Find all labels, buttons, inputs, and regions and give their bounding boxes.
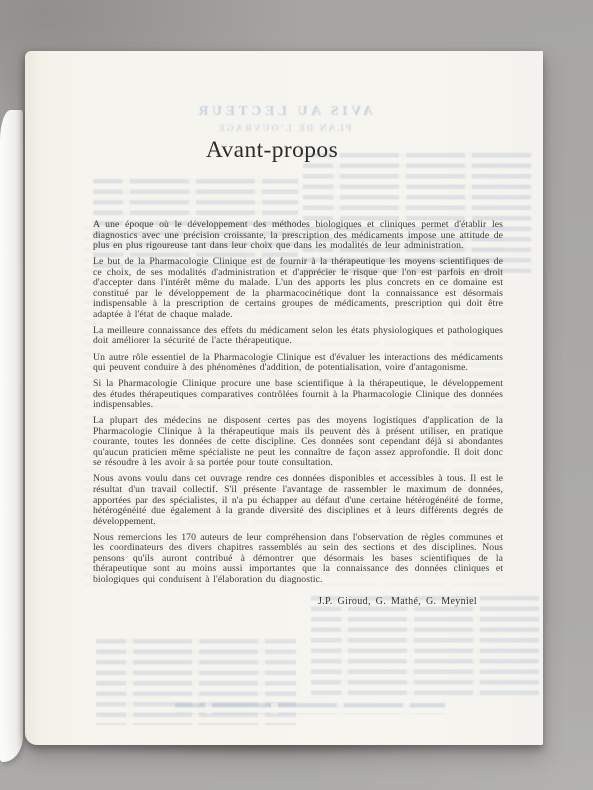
- foreword-text: A une époque où le développement des mét…: [93, 220, 503, 608]
- facing-page-edge: [0, 110, 23, 762]
- paragraph-6: La plupart des médecins ne disposent cer…: [93, 416, 503, 469]
- paragraph-5: Si la Pharmacologie Clinique procure une…: [93, 379, 503, 411]
- book-page: AVIS AU LECTEUR PLAN DE L'OUVRAGE Avant-…: [25, 51, 543, 745]
- paragraph-2: Le but de la Pharmacologie Clinique est …: [93, 257, 503, 320]
- page-title: Avant-propos: [13, 137, 531, 164]
- paragraph-3: La meilleure connaissance des effets du …: [93, 326, 503, 347]
- paragraph-8: Nous remercions les 170 auteurs de leur …: [93, 533, 503, 586]
- printed-content: Avant-propos A une époque où le développ…: [25, 51, 543, 745]
- paragraph-7: Nous avons voulu dans cet ouvrage rendre…: [93, 474, 503, 527]
- photo-of-book-page: { "colors": { "background_gray": "#a9a8a…: [0, 0, 593, 790]
- paragraph-1: A une époque où le développement des mét…: [93, 220, 503, 252]
- paragraph-4: Un autre rôle essentiel de la Pharmacolo…: [93, 353, 503, 374]
- authors-signature: J.P. Giroud, G. Mathé, G. Meyniel: [93, 597, 503, 608]
